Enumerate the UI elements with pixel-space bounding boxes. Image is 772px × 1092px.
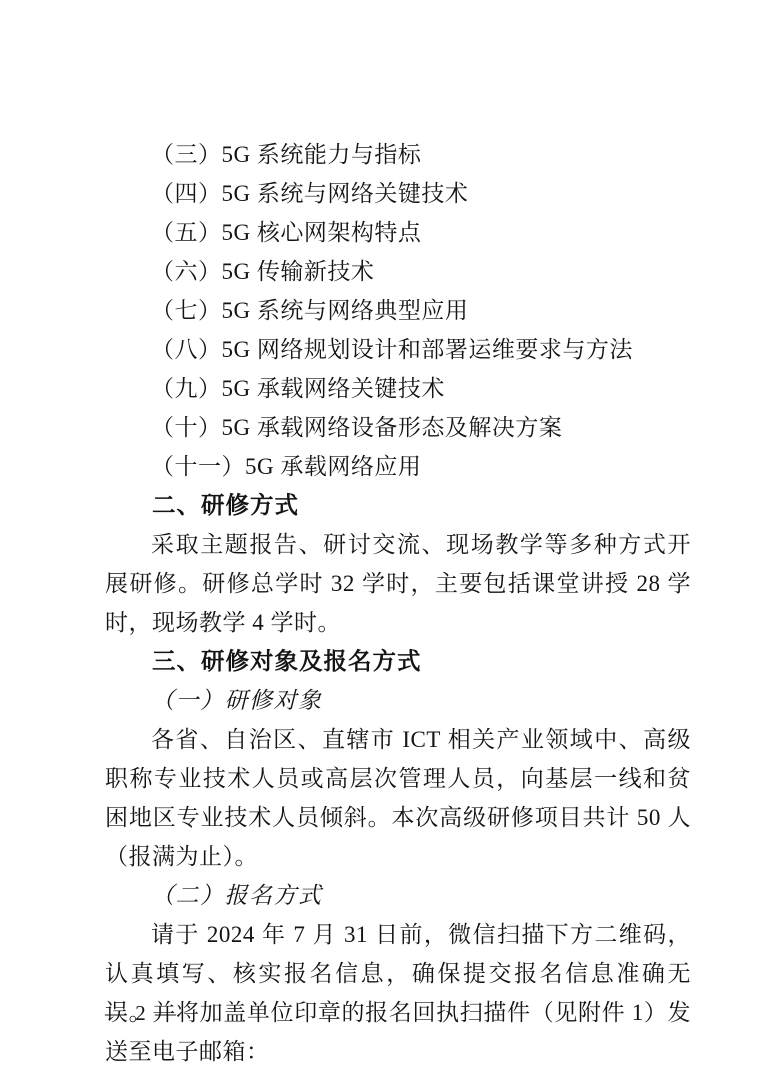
- paragraph-target: 各省、自治区、直辖市 ICT 相关产业领域中、高级职称专业技术人员或高层次管理人…: [105, 720, 691, 876]
- list-item-9: （九）5G 承载网络关键技术: [105, 369, 691, 408]
- list-item-6: （六）5G 传输新技术: [105, 252, 691, 291]
- list-item-4: （四）5G 系统与网络关键技术: [105, 174, 691, 213]
- list-item-8: （八）5G 网络规划设计和部署运维要求与方法: [105, 330, 691, 369]
- paragraph-signup: 请于 2024 年 7 月 31 日前，微信扫描下方二维码，认真填写、核实报名信…: [105, 915, 691, 1071]
- page-number: — 2 —: [105, 998, 178, 1028]
- subheading-signup: （二）报名方式: [105, 876, 691, 915]
- section-heading-3: 三、研修对象及报名方式: [105, 642, 691, 681]
- list-item-3: （三）5G 系统能力与指标: [105, 135, 691, 174]
- subheading-target: （一）研修对象: [105, 681, 691, 720]
- list-item-7: （七）5G 系统与网络典型应用: [105, 291, 691, 330]
- paragraph-method: 采取主题报告、研讨交流、现场教学等多种方式开展研修。研修总学时 32 学时，主要…: [105, 525, 691, 642]
- list-item-5: （五）5G 核心网架构特点: [105, 213, 691, 252]
- section-heading-2: 二、研修方式: [105, 486, 691, 525]
- document-body: （三）5G 系统能力与指标 （四）5G 系统与网络关键技术 （五）5G 核心网架…: [105, 135, 691, 1071]
- list-item-11: （十一）5G 承载网络应用: [105, 447, 691, 486]
- list-item-10: （十）5G 承载网络设备形态及解决方案: [105, 408, 691, 447]
- document-page: （三）5G 系统能力与指标 （四）5G 系统与网络关键技术 （五）5G 核心网架…: [0, 0, 772, 1092]
